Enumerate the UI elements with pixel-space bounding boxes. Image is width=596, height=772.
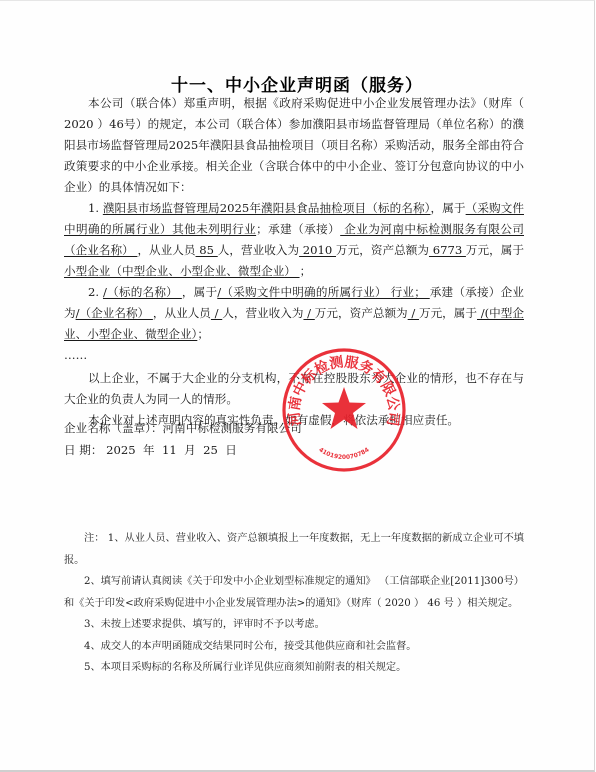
note-item: 3、未按上述要求提供、填写的，评审时不予以考虑。 (64, 614, 524, 636)
text-fragment: 人，营业收入为 (222, 306, 303, 320)
company-name: /（企业名称） (76, 306, 153, 320)
text-fragment: ，从业人员 (153, 306, 211, 320)
enterprise-item-1: 1. 濮阳县市场监督管理局2025年濮阳县食品抽检项目（标的名称），属于（采购文… (64, 198, 524, 282)
lot-name: /（标的名称） (103, 285, 182, 299)
staff-count: / (211, 306, 222, 320)
signature-block: 企业名称（盖章）：河南中标检测服务有限公司 日 期： 2025 年 11 月 2… (64, 417, 302, 461)
text-fragment: ，属于 (182, 285, 217, 299)
revenue: / (303, 306, 314, 320)
industry: /（采购文件中明确的所属行业） 行业； (217, 285, 429, 299)
item-number: 1. (88, 201, 103, 215)
text-fragment: 人，营业收入为 (218, 243, 299, 257)
company-label: 企业名称（盖章）： (64, 421, 163, 435)
text-fragment: 万元，属于 (419, 306, 477, 320)
date-line: 日 期： 2025 年 11 月 25 日 (64, 439, 302, 461)
revenue: 2010 (299, 243, 336, 257)
text-fragment: 万元，资产总额为 (336, 243, 429, 257)
total-assets: / (408, 306, 419, 320)
enterprise-size: 小型企业（中型企业、小型企业、微型企业） (64, 264, 300, 278)
lot-name: 濮阳县市场监督管理局2025年濮阳县食品抽检项目（标的名称） (103, 201, 431, 215)
note-item: 4、成交人的本声明函随成交结果同时公布，接受其他供应商和社会监督。 (64, 636, 524, 658)
notes-section: 注： 1、从业人员、营业收入、资产总额填报上一年度数据，无上一年度数据的新成立企… (64, 528, 524, 679)
text-fragment: 万元，资产总额为 (315, 306, 408, 320)
note-item: 5、本项目采购标的名称及所属行业详见供应商须知前附表的相关规定。 (64, 657, 524, 679)
text-fragment: ； (197, 327, 209, 341)
note-item: 2、填写前请认真阅读《关于印发中小企业划型标准规定的通知》 （工信部联企业[20… (64, 571, 524, 614)
company-signature-line: 企业名称（盖章）：河南中标检测服务有限公司 (64, 417, 302, 439)
company-seal-icon: 河南中标检测服务有限公司 4101920070784 (281, 347, 407, 473)
enterprise-item-2: 2. /（标的名称） ，属于/（采购文件中明确的所属行业） 行业； 承建（承接）… (64, 282, 524, 345)
intro-paragraph: 本公司（联合体）郑重声明，根据《政府采购促进中小企业发展管理办法》（财库（ 20… (64, 93, 524, 198)
text-fragment: ；承建（承接） (256, 222, 340, 236)
total-assets: 6773 (429, 243, 466, 257)
date-label: 日 期： (64, 443, 102, 457)
text-fragment: ，属于 (431, 201, 466, 215)
document-page: 十一、中小企业声明函（服务） 本公司（联合体）郑重声明，根据《政府采购促进中小企… (0, 0, 595, 772)
staff-count: 85 (196, 243, 218, 257)
text-fragment: ； (300, 264, 312, 278)
item-number: 2. (88, 285, 103, 299)
text-fragment: 万元，属于 (466, 243, 524, 257)
note-item: 注： 1、从业人员、营业收入、资产总额填报上一年度数据，无上一年度数据的新成立企… (64, 528, 524, 571)
seal-code: 4101920070784 (317, 446, 370, 461)
text-fragment: ，从业人员 (137, 243, 195, 257)
date-value: 2025 年 11 月 25 日 (102, 443, 236, 457)
